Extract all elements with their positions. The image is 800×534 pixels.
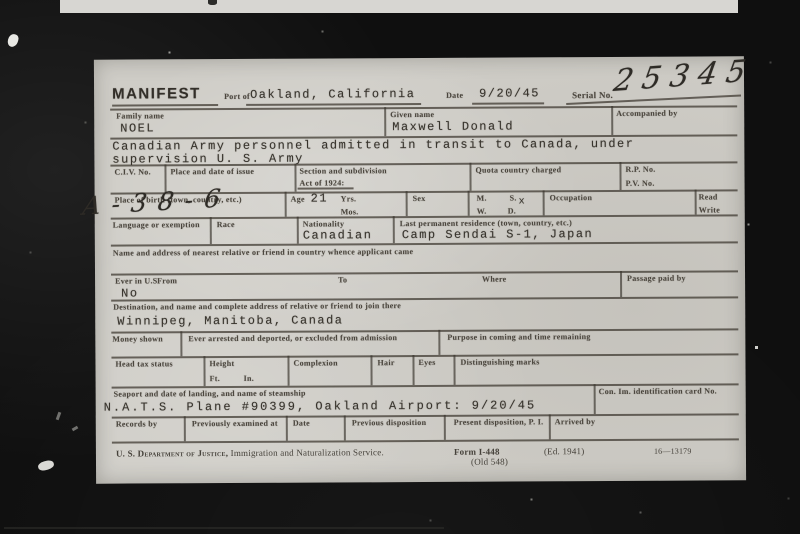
cell-divider (344, 415, 346, 440)
manifest-title: MANIFEST (112, 85, 201, 102)
height-label: Height (209, 359, 234, 368)
quota-country-label: Quota country charged (475, 165, 561, 174)
ft-label: Ft. (210, 374, 221, 383)
nearest-relative-label: Name and address of nearest relative or … (113, 247, 413, 258)
footer-agency-doj: U. S. Department of Justice, (116, 448, 228, 459)
cell-divider (393, 216, 395, 243)
destination-label: Destination, and name and complete addre… (113, 301, 401, 312)
money-shown-label: Money shown (112, 334, 163, 343)
previous-disposition-label: Previous disposition (352, 418, 427, 427)
records-by-label: Records by (116, 419, 157, 428)
from-label: From (157, 276, 177, 285)
film-bottom-edge (4, 527, 444, 529)
cell-divider (594, 384, 596, 414)
to-label: To (338, 275, 347, 284)
rule-line (112, 104, 218, 107)
age-label: Age (291, 195, 305, 204)
section-subdivision-label: Section and subdivision (299, 166, 386, 175)
cell-divider (412, 355, 414, 385)
age-value: 21 (311, 191, 328, 205)
ever-arrested-label: Ever arrested and deported, or excluded … (188, 333, 397, 343)
cell-divider (444, 415, 446, 440)
present-disposition-label: Present disposition, P. I. (454, 417, 544, 426)
footer-agency-ins: Immigration and Naturalization Service. (231, 447, 384, 458)
film-strip-top (60, 0, 738, 13)
dust-speck (56, 412, 62, 421)
civ-no-label: C.I.V. No. (114, 167, 150, 176)
in-label: In. (244, 374, 255, 383)
cell-divider (184, 416, 186, 441)
write-label: Write (699, 205, 720, 214)
rule-line (472, 102, 544, 104)
dust-speck (0, 0, 1, 1)
rule-line (298, 187, 354, 189)
cell-divider (406, 191, 408, 216)
con-im-card-label: Con. Im. identification card No. (599, 386, 717, 396)
date-value: 9/20/45 (479, 86, 540, 100)
footer-edition: (Ed. 1941) (544, 446, 585, 456)
cell-divider (210, 217, 212, 244)
ever-in-us-value: No (121, 286, 138, 300)
rule-line (111, 328, 738, 333)
port-value: Oakland, California (250, 87, 415, 102)
where-label: Where (482, 275, 507, 284)
accompanied-by-label: Accompanied by (616, 109, 677, 118)
dust-speck (37, 459, 55, 472)
mos-label: Mos. (341, 207, 359, 216)
race-label: Race (217, 220, 235, 229)
sex-label: Sex (413, 194, 426, 203)
cell-divider (695, 190, 697, 215)
footer-agency: U. S. Department of Justice, Immigration… (116, 447, 384, 458)
cell-divider (468, 191, 470, 216)
rule-line (111, 241, 738, 246)
head-tax-label: Head tax status (115, 359, 172, 368)
eyes-label: Eyes (418, 358, 435, 367)
single-label: S. (510, 193, 517, 202)
cell-divider (287, 356, 289, 386)
cell-divider (294, 164, 296, 192)
family-name-value: NOEL (120, 121, 155, 135)
seaport-value: N.A.T.S. Plane #90399, Oakland Airport: … (104, 398, 537, 414)
footer-old-form: (Old 548) (471, 457, 508, 467)
dust-speck (72, 426, 79, 432)
widowed-label: W. (477, 207, 487, 216)
nationality-label: Nationality (303, 219, 345, 228)
cell-divider (619, 162, 621, 190)
seaport-label: Seaport and date of landing, and name of… (114, 389, 306, 399)
cell-divider (620, 271, 622, 297)
act-1924-label: Act of 1924: (300, 178, 345, 187)
arrived-by-label: Arrived by (555, 417, 596, 426)
cell-divider (297, 217, 299, 244)
ever-in-us-label: Ever in U.S. (115, 276, 160, 285)
place-of-birth-handwritten: A-38-6 (81, 183, 233, 221)
serial-label: Serial No. (572, 90, 613, 100)
previously-examined-label: Previously examined at (192, 419, 278, 428)
destination-value: Winnipeg, Manitoba, Canada (117, 313, 343, 328)
passage-paid-label: Passage paid by (627, 274, 686, 283)
cell-divider (203, 356, 205, 386)
given-name-label: Given name (390, 110, 434, 119)
rule-line (246, 103, 421, 106)
manifest-card: MANIFEST Port of Oakland, California Dat… (94, 56, 746, 483)
dust-speck (6, 33, 19, 48)
serial-value-handwritten: 25345 (611, 53, 757, 99)
cell-divider (549, 414, 551, 439)
microfilm-background: MANIFEST Port of Oakland, California Dat… (0, 0, 800, 534)
port-label: Port of (224, 92, 250, 101)
records-date-label: Date (293, 419, 310, 428)
cell-divider (180, 331, 182, 356)
yrs-label: Yrs. (341, 194, 357, 203)
complexion-label: Complexion (293, 358, 337, 367)
given-name-value: Maxwell Donald (392, 120, 514, 135)
cell-divider (453, 355, 455, 385)
hair-label: Hair (377, 358, 394, 367)
cell-divider (285, 192, 287, 217)
place-date-issue-label: Place and date of issue (170, 167, 254, 176)
read-label: Read (699, 192, 718, 201)
rule-line (112, 438, 739, 443)
film-strip-notch (208, 0, 217, 5)
divorced-label: D. (508, 206, 516, 215)
family-name-label: Family name (116, 111, 164, 120)
cell-divider (286, 416, 288, 441)
married-label: M. (477, 194, 487, 203)
cell-divider (384, 107, 386, 136)
occupation-label: Occupation (550, 193, 593, 202)
cell-divider (370, 355, 372, 385)
cell-divider (438, 330, 440, 355)
rp-no-label: R.P. No. (625, 165, 655, 174)
date-label: Date (446, 91, 463, 100)
residence-value: Camp Sendai S-1, Japan (402, 227, 594, 242)
cell-divider (469, 163, 471, 191)
distinguishing-marks-label: Distinguishing marks (460, 357, 539, 366)
rule-line (111, 296, 738, 301)
footer-form-number: Form I-448 (454, 447, 500, 457)
nationality-value: Canadian (303, 228, 373, 242)
remarks-line1: Canadian Army personnel admitted in tran… (112, 137, 634, 154)
language-label: Language or exemption (113, 220, 200, 229)
purpose-label: Purpose in coming and time remaining (447, 332, 590, 342)
cell-divider (543, 190, 545, 215)
single-x-mark: x (519, 196, 527, 207)
footer-print-code: 16—13179 (654, 447, 692, 456)
cell-divider (611, 106, 613, 135)
pv-no-label: P.V. No. (626, 179, 655, 188)
